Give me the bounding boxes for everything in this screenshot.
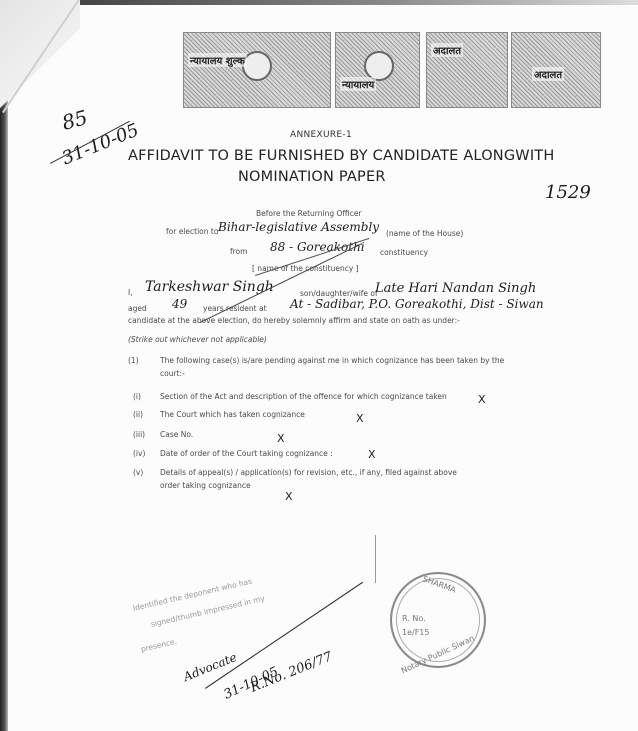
stamp-text: अदालत xyxy=(431,43,463,57)
from-label: from xyxy=(230,247,247,256)
section-number: (1) xyxy=(128,356,139,365)
stamp-text: न्यायालय xyxy=(340,77,376,91)
father-name: Late Hari Nandan Singh xyxy=(375,281,536,296)
item-value: X xyxy=(285,490,293,503)
returning-officer-line: Before the Returning Officer xyxy=(256,209,361,218)
item-label: Details of appeal(s) / application(s) fo… xyxy=(160,468,457,477)
serial-number: 1529 xyxy=(545,182,591,203)
section-text-cont: court:- xyxy=(160,369,185,378)
court-fee-stamp: अदालत xyxy=(511,32,601,108)
document-subtitle: NOMINATION PAPER xyxy=(238,169,386,185)
item-value: X xyxy=(478,393,486,406)
item-number: (v) xyxy=(133,468,143,477)
candidate-prefix: I, xyxy=(128,288,133,297)
constituency-suffix: constituency xyxy=(380,248,428,257)
item-label: Case No. xyxy=(160,430,193,439)
item-label-cont: order taking cognizance xyxy=(160,481,251,490)
court-fee-stamp: न्यायालय शुल्क xyxy=(183,32,331,108)
item-value: X xyxy=(277,432,285,445)
document-title: AFFIDAVIT TO BE FURNISHED BY CANDIDATE A… xyxy=(128,148,554,164)
section-text: The following case(s) is/are pending aga… xyxy=(160,356,504,365)
item-value: X xyxy=(356,412,364,425)
annexure-label: ANNEXURE-1 xyxy=(290,130,352,140)
item-label: Date of order of the Court taking cogniz… xyxy=(160,449,333,458)
candidate-name: Tarkeshwar Singh xyxy=(145,279,274,295)
aged-label: aged xyxy=(128,304,147,313)
seal-mid-text: R. No. xyxy=(402,614,426,623)
election-suffix: (name of the House) xyxy=(386,229,463,238)
stamp-text: न्यायालय शुल्क xyxy=(188,53,247,67)
item-label: The Court which has taken cognizance xyxy=(160,410,305,419)
scan-top-edge xyxy=(0,0,638,5)
margin-note-number: 85 xyxy=(59,105,90,135)
item-number: (i) xyxy=(133,392,141,401)
margin-line xyxy=(375,535,376,583)
constituency-value: 88 - Goreakothi xyxy=(270,240,365,254)
attestation-line3: presence. xyxy=(140,637,178,654)
item-number: (iii) xyxy=(133,430,145,439)
candidate-address: At - Sadibar, P.O. Goreakothi, Dist - Si… xyxy=(290,297,544,311)
election-value: Bihar-legislative Assembly xyxy=(218,220,379,234)
seal-mid-text: 1e/F15 xyxy=(402,628,430,637)
item-number: (iv) xyxy=(133,449,145,458)
item-label: Section of the Act and description of th… xyxy=(160,392,447,401)
oath-statement: candidate at the above election, do here… xyxy=(128,316,460,325)
election-label: for election to xyxy=(166,227,218,236)
advocate-signature: Advocate xyxy=(181,650,238,684)
item-value: X xyxy=(368,448,376,461)
court-fee-stamp: न्यायालय xyxy=(335,32,420,108)
strike-note: (Strike out whichever not applicable) xyxy=(128,335,267,344)
stamp-text: अदालत xyxy=(532,67,564,81)
candidate-age: 49 xyxy=(172,297,187,311)
court-fee-stamp: अदालत xyxy=(426,32,508,108)
item-number: (ii) xyxy=(133,410,143,419)
